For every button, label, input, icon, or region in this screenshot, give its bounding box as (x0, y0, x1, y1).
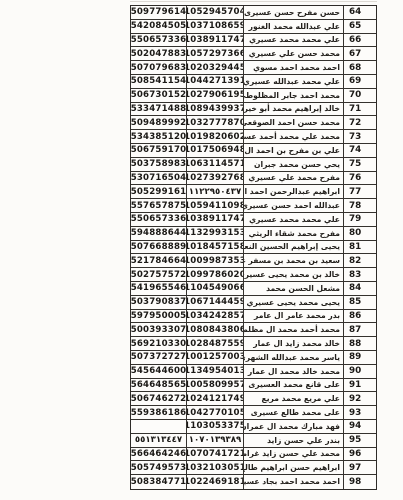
table-row: 542084505 1037108659 علي عبدالله محمد ال… (131, 20, 376, 34)
name-cell: علي محمد محمد عسيري (244, 34, 344, 47)
row-number-cell: 85 (344, 296, 376, 309)
table-row: ٥٥١٣١٣٤٤٧ ١٠٧٠١٣٩٣٨٩ بندر علي حسن زايد 9… (131, 434, 376, 448)
phone-number-cell: 508541154 (131, 75, 187, 88)
id-number-cell: 1027906195 (187, 89, 244, 102)
name-cell: على محمد طالع عسيرى (244, 406, 344, 419)
row-number-cell: 91 (344, 379, 376, 392)
phone-number-cell: 569210330 (131, 337, 187, 350)
table-row: 550657336 1038911747 علي محمد محمد عسيري… (131, 34, 376, 48)
table-row: 550657336 1038911747 علي محمد محمد عسيري… (131, 213, 376, 227)
phone-number-cell: 534385120 (131, 130, 187, 143)
id-number-cell: 1027392768 (187, 172, 244, 185)
phone-number-cell: 533471488 (131, 103, 187, 116)
table-row: 502757572 1099786020 خالد بن محمد يحيى ع… (131, 268, 376, 282)
id-number-cell: 1018457158 (187, 241, 244, 254)
name-cell: ياسر محمد عبدالله الشهرى (244, 351, 344, 364)
phone-number-cell: 506746272 (131, 392, 187, 405)
row-number-cell: 80 (344, 227, 376, 240)
phone-number-cell: 500393307 (131, 323, 187, 336)
name-cell: محمد علي حسن زايد غرامة (244, 448, 344, 461)
id-number-cell: 1024121749 (187, 392, 244, 405)
row-number-cell: 86 (344, 310, 376, 323)
id-number-cell: 1089439937 (187, 103, 244, 116)
id-number-cell: 1042770105 (187, 406, 244, 419)
table-row: 503758983 1063114571 يحي حسن محمد جبران … (131, 158, 376, 172)
table-row: 503790837 1067144459 يحيى محمد يحيى عسير… (131, 296, 376, 310)
phone-number-cell: 505749573 (131, 461, 187, 474)
phone-number-cell: 506759170 (131, 144, 187, 157)
phone-number-cell: 506730152 (131, 89, 187, 102)
name-cell: علي محمد عبدالله عسيري (244, 75, 344, 88)
phone-number-cell: 566464246 (131, 448, 187, 461)
name-cell: خالد إبراهيم محمد أبو خيره (244, 103, 344, 116)
phone-number-cell: 507079683 (131, 61, 187, 74)
phone-number-cell: 508384771 (131, 475, 187, 489)
phone-number-cell: 564648565 (131, 379, 187, 392)
row-number-cell: 73 (344, 130, 376, 143)
roster-table: 509779614 1052945704 حسن مفرح حسن عسيرى … (130, 5, 377, 490)
row-number-cell: 76 (344, 172, 376, 185)
table-row: 530716504 1027392768 مفرح محمد علي عسيري… (131, 172, 376, 186)
id-number-cell: 1022469181 (187, 475, 244, 489)
row-number-cell: 77 (344, 185, 376, 198)
name-cell: على قانع محمد العسيرى (244, 379, 344, 392)
table-row: 533471488 1089439937 خالد إبراهيم محمد أ… (131, 103, 376, 117)
phone-number-cell: 597950005 (131, 310, 187, 323)
table-row: 509489992 1032777870 محمد حسن احمد الصوق… (131, 116, 376, 130)
id-number-cell: 1017506948 (187, 144, 244, 157)
phone-number-cell (131, 420, 187, 433)
name-cell: علي مريع محمد مريع (244, 392, 344, 405)
name-cell: يحي حسن محمد جبران (244, 158, 344, 171)
id-number-cell: 1032103051 (187, 461, 244, 474)
table-row: 564648565 1005809957 على قانع محمد العسي… (131, 379, 376, 393)
row-number-cell: 71 (344, 103, 376, 116)
id-number-cell: 1038911747 (187, 213, 244, 226)
phone-number-cell: 550657336 (131, 34, 187, 47)
row-number-cell: 87 (344, 323, 376, 336)
row-number-cell: 95 (344, 434, 376, 447)
name-cell: ابراهيم حسن ابراهيم طالع (244, 461, 344, 474)
table-row: 506759170 1017506948 علي بن مفرح بن احمد… (131, 144, 376, 158)
row-number-cell: 75 (344, 158, 376, 171)
name-cell: محمد خالد محمد ال عمار (244, 365, 344, 378)
table-row: 507079683 1020329445 احمد محمد احمد مسوي… (131, 61, 376, 75)
phone-number-cell: 557657875 (131, 199, 187, 212)
phone-number-cell: 550657336 (131, 213, 187, 226)
row-number-cell: 90 (344, 365, 376, 378)
table-row: 521784664 1009987353 سعيد بن محمد بن مسف… (131, 254, 376, 268)
id-number-cell: 1099786020 (187, 268, 244, 281)
table-row: 597950005 1034242857 بدر محمد عامر ال عا… (131, 310, 376, 324)
row-number-cell: 70 (344, 89, 376, 102)
id-number-cell: 1080843806 (187, 323, 244, 336)
phone-number-cell: 503790837 (131, 296, 187, 309)
row-number-cell: 84 (344, 282, 376, 295)
table-row: 506746272 1024121749 علي مريع محمد مريع … (131, 392, 376, 406)
phone-number-cell: 503758983 (131, 158, 187, 171)
phone-number-cell: 542084505 (131, 20, 187, 33)
phone-number-cell: 509779614 (131, 6, 187, 19)
phone-number-cell: 502757572 (131, 268, 187, 281)
id-number-cell: 1037108659 (187, 20, 244, 33)
row-number-cell: 64 (344, 6, 376, 19)
table-row: 559386186 1042770105 على محمد طالع عسيرى… (131, 406, 376, 420)
row-number-cell: 88 (344, 337, 376, 350)
row-number-cell: 69 (344, 75, 376, 88)
name-cell: علي محمد محمد عسيري (244, 213, 344, 226)
name-cell: مفرح محمد علي عسيري (244, 172, 344, 185)
table-row: 541965546 1104549066 مشعل الحسن محمد 84 (131, 282, 376, 296)
phone-number-cell: ٥٥١٣١٣٤٤٧ (131, 434, 187, 447)
id-number-cell: 1063114571 (187, 158, 244, 171)
name-cell: احمد محمد احمد بجاد عسيري (244, 475, 344, 489)
id-number-cell: 1067144459 (187, 296, 244, 309)
table-row: 502047883 1057297366 محمد حسن علي عسيري … (131, 47, 376, 61)
scanned-page: 509779614 1052945704 حسن مفرح حسن عسيرى … (0, 0, 403, 500)
row-number-cell: 81 (344, 241, 376, 254)
id-number-cell: 1038911747 (187, 34, 244, 47)
id-number-cell: 1070741721 (187, 448, 244, 461)
id-number-cell: 1057297366 (187, 47, 244, 60)
table-row: 545644600 1134954013 محمد خالد محمد ال ع… (131, 365, 376, 379)
table-row: 509779614 1052945704 حسن مفرح حسن عسيرى … (131, 6, 376, 20)
name-cell: يحيى إبراهيم الحسين النعمي (244, 241, 344, 254)
name-cell: احمد محمد احمد مسوي (244, 61, 344, 74)
name-cell: محمد علي محمد أحمد عسيري (244, 130, 344, 143)
row-number-cell: 74 (344, 144, 376, 157)
phone-number-cell: 594888644 (131, 227, 187, 240)
table-row: 507372727 1001257003 ياسر محمد عبدالله ا… (131, 351, 376, 365)
name-cell: ابراهيم عبدالرحمن احمد الجرعي (244, 185, 344, 198)
name-cell: محمد حسن احمد الصوقعي عسيري (244, 116, 344, 129)
row-number-cell: 78 (344, 199, 376, 212)
id-number-cell: 1020329445 (187, 61, 244, 74)
id-number-cell: 1032777870 (187, 116, 244, 129)
name-cell: محمد احمد جابر المظلوطي عسيري (244, 89, 344, 102)
table-row: 507668889 1018457158 يحيى إبراهيم الحسين… (131, 241, 376, 255)
name-cell: حسن مفرح حسن عسيرى (244, 6, 344, 19)
phone-number-cell: 507668889 (131, 241, 187, 254)
table-row: 557657875 1059411098 عبدالله احمد حسن عس… (131, 199, 376, 213)
id-number-cell: 1034242857 (187, 310, 244, 323)
id-number-cell: 1134954013 (187, 365, 244, 378)
row-number-cell: 82 (344, 254, 376, 267)
row-number-cell: 93 (344, 406, 376, 419)
phone-number-cell: 507372727 (131, 351, 187, 364)
name-cell: مفرح محمد شقاء الريثي (244, 227, 344, 240)
id-number-cell: 1044271391 (187, 75, 244, 88)
phone-number-cell: 530716504 (131, 172, 187, 185)
id-number-cell: 1052945704 (187, 6, 244, 19)
table-row: 566464246 1070741721 محمد علي حسن زايد غ… (131, 448, 376, 462)
name-cell: خالد بن محمد يحيى عسيري (244, 268, 344, 281)
name-cell: مشعل الحسن محمد (244, 282, 344, 295)
id-number-cell: 1009987353 (187, 254, 244, 267)
id-number-cell: 1059411098 (187, 199, 244, 212)
name-cell: خالد محمد زايد ال عمار (244, 337, 344, 350)
id-number-cell: 1019820602 (187, 130, 244, 143)
name-cell: علي بن مفرح بن احمد ال امخثم (244, 144, 344, 157)
id-number-cell: ١٠٧٠١٣٩٣٨٩ (187, 434, 244, 447)
table-row: 594888644 1132993153 مفرح محمد شقاء الري… (131, 227, 376, 241)
row-number-cell: 94 (344, 420, 376, 433)
phone-number-cell: 559386186 (131, 406, 187, 419)
id-number-cell: 1005809957 (187, 379, 244, 392)
phone-number-cell: 521784664 (131, 254, 187, 267)
name-cell: سعيد بن محمد بن مسفر عسيري (244, 254, 344, 267)
table-row: 500393307 1080843806 محمد أحمد محمد ال م… (131, 323, 376, 337)
id-number-cell: 1104549066 (187, 282, 244, 295)
name-cell: بندر علي حسن زايد (244, 434, 344, 447)
name-cell: محمد أحمد محمد ال مظلم (244, 323, 344, 336)
id-number-cell: ١١٢٢٩٥٠٤٣٧ (187, 185, 244, 198)
table-row: 505299161 ١١٢٢٩٥٠٤٣٧ ابراهيم عبدالرحمن ا… (131, 185, 376, 199)
row-number-cell: 98 (344, 475, 376, 489)
row-number-cell: 68 (344, 61, 376, 74)
row-number-cell: 89 (344, 351, 376, 364)
table-row: 506730152 1027906195 محمد احمد جابر المظ… (131, 89, 376, 103)
row-number-cell: 66 (344, 34, 376, 47)
row-number-cell: 79 (344, 213, 376, 226)
row-number-cell: 65 (344, 20, 376, 33)
phone-number-cell: 502047883 (131, 47, 187, 60)
phone-number-cell: 509489992 (131, 116, 187, 129)
table-row: 534385120 1019820602 محمد علي محمد أحمد … (131, 130, 376, 144)
row-number-cell: 96 (344, 448, 376, 461)
table-row: 508541154 1044271391 علي محمد عبدالله عس… (131, 75, 376, 89)
id-number-cell: 1103053375 (187, 420, 244, 433)
row-number-cell: 92 (344, 392, 376, 405)
id-number-cell: 1132993153 (187, 227, 244, 240)
name-cell: يحيى محمد يحيى عسيري (244, 296, 344, 309)
table-row: 1103053375 فهد مبارك محمد ال عمران القحط… (131, 420, 376, 434)
row-number-cell: 67 (344, 47, 376, 60)
phone-number-cell: 545644600 (131, 365, 187, 378)
row-number-cell: 72 (344, 116, 376, 129)
row-number-cell: 97 (344, 461, 376, 474)
phone-number-cell: 541965546 (131, 282, 187, 295)
table-row: 505749573 1032103051 ابراهيم حسن ابراهيم… (131, 461, 376, 475)
id-number-cell: 1001257003 (187, 351, 244, 364)
name-cell: بدر محمد عامر ال عامر (244, 310, 344, 323)
phone-number-cell: 505299161 (131, 185, 187, 198)
name-cell: محمد حسن علي عسيري (244, 47, 344, 60)
table-row: 508384771 1022469181 احمد محمد احمد بجاد… (131, 475, 376, 489)
name-cell: عبدالله احمد حسن عسيري (244, 199, 344, 212)
name-cell: علي عبدالله محمد الغنور (244, 20, 344, 33)
name-cell: فهد مبارك محمد ال عمران القحطاني (244, 420, 344, 433)
id-number-cell: 1028487559 (187, 337, 244, 350)
row-number-cell: 83 (344, 268, 376, 281)
table-row: 569210330 1028487559 خالد محمد زايد ال ع… (131, 337, 376, 351)
scan-artifact-line (130, 1, 377, 2)
